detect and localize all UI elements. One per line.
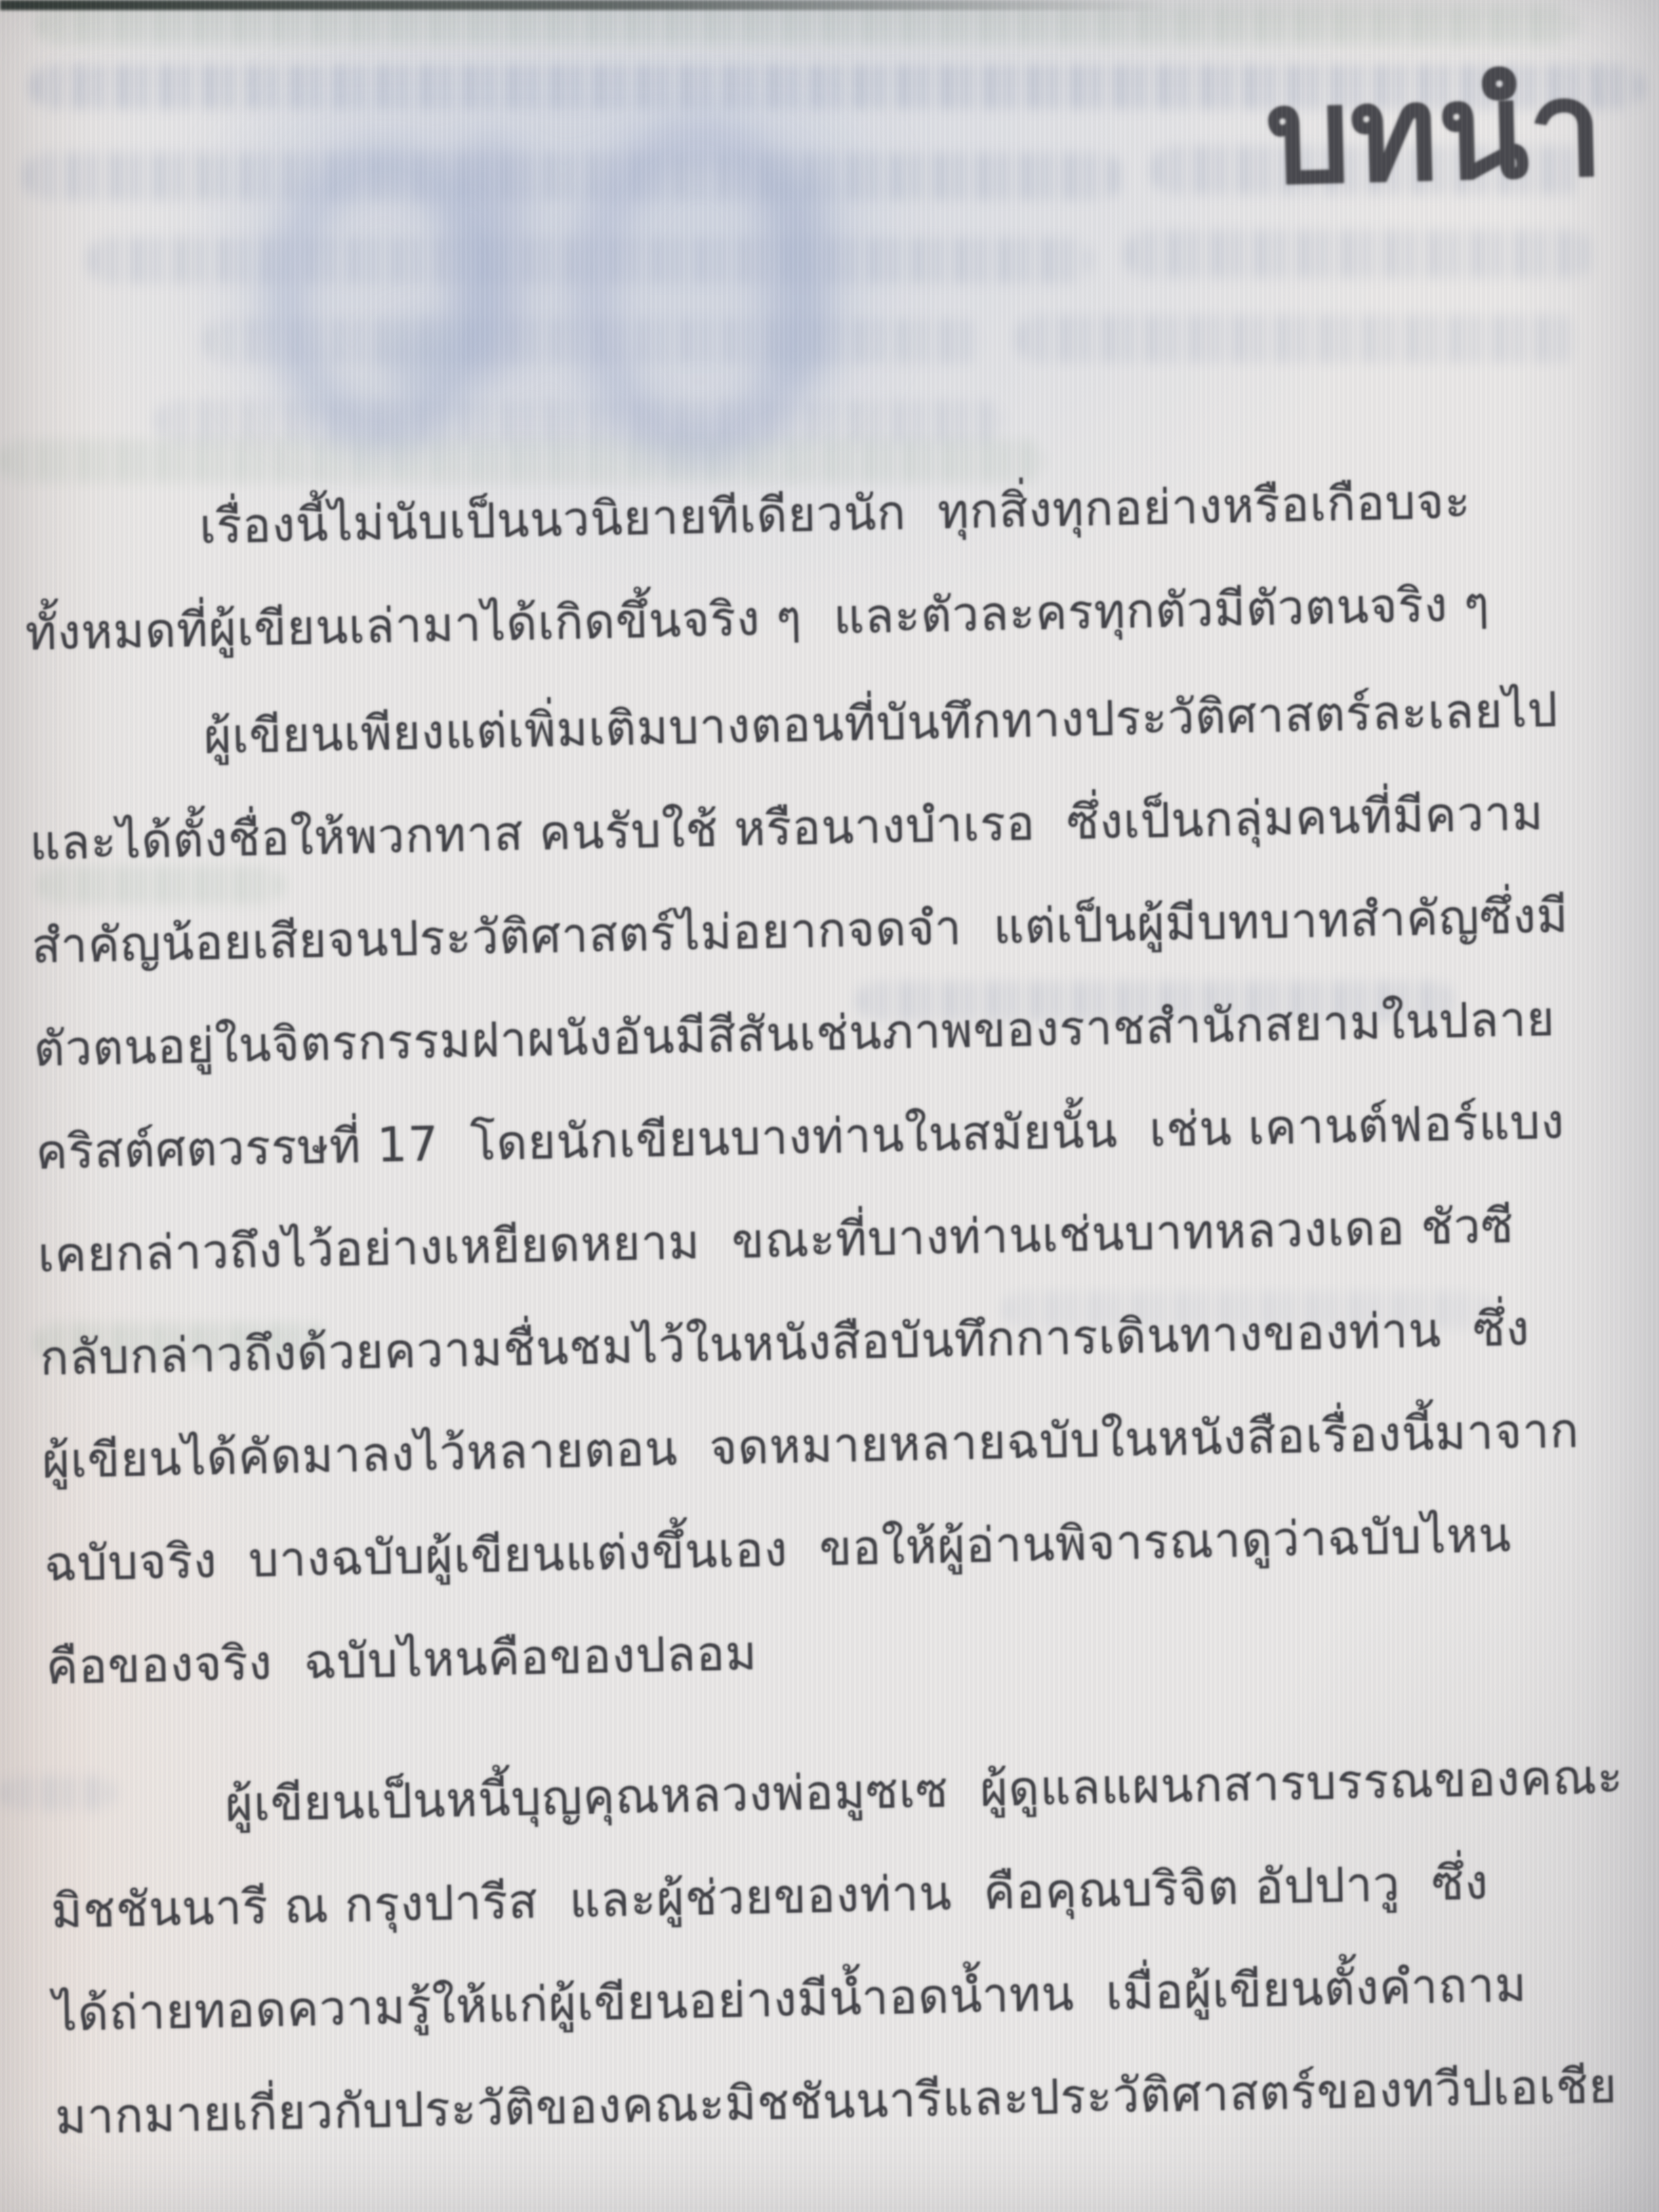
paragraph: ผู้เขียนเพียงแต่เพิ่มเติมบางตอนที่บันทึก… <box>26 657 1646 1719</box>
body-text: เรื่องนี้ไม่นับเป็นนวนิยายทีเดียวนัก ทุก… <box>22 447 1656 2169</box>
bleed-through-line <box>1017 315 1579 363</box>
paragraph: เรื่องนี้ไม่นับเป็นนวนิยายทีเดียวนัก ทุก… <box>22 447 1626 684</box>
photo-edge-shadow <box>0 0 1166 10</box>
book-page-photo: บทนำ เรื่องนี้ไม่นับเป็นนวนิยายทีเดียวนั… <box>0 0 1659 2212</box>
chapter-title: บทนำ <box>1264 56 1605 211</box>
bleed-through-line <box>1125 230 1593 278</box>
ghost-glyph <box>762 166 830 390</box>
ghost-glyph <box>380 319 468 393</box>
paragraph: ผู้เขียนเป็นหนี้บุญคุณหลวงพ่อมูซเซ ผู้ดู… <box>48 1725 1656 2169</box>
bleed-through-line <box>37 5 1576 45</box>
